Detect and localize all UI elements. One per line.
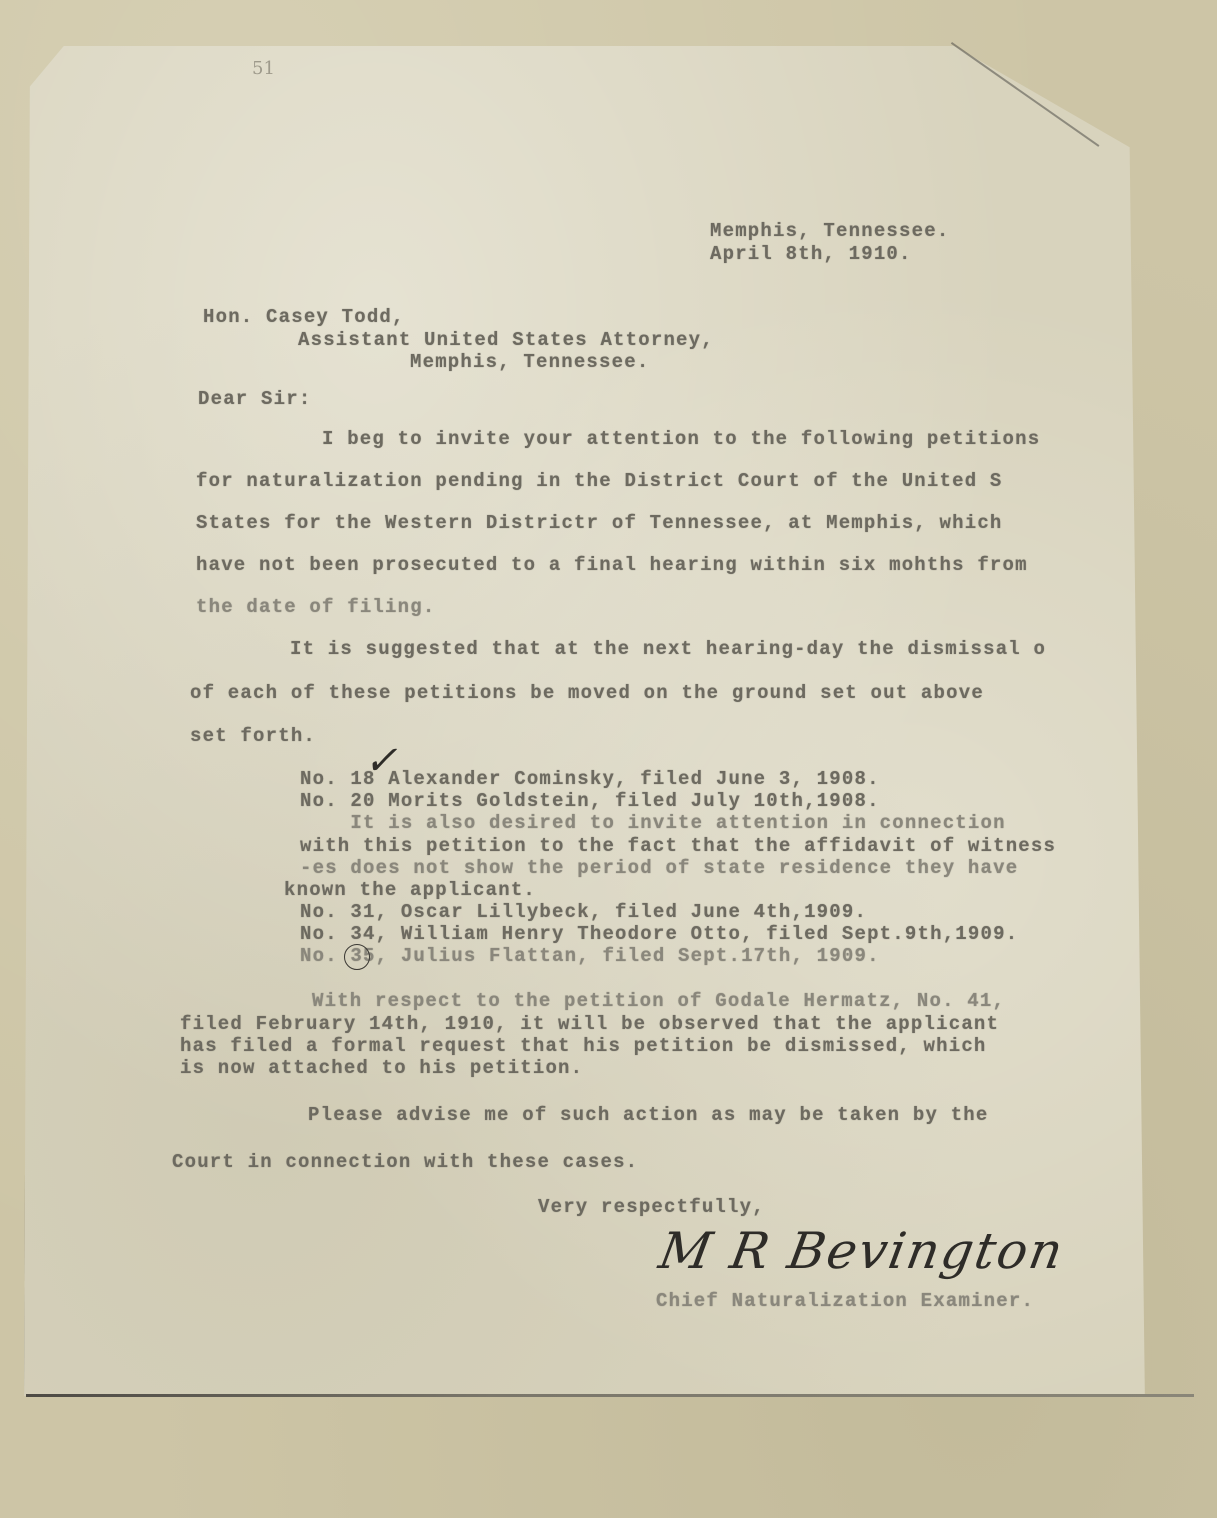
petition-item: No. 20 Morits Goldstein, filed July 10th…: [300, 792, 880, 811]
paragraph-4-line: Please advise me of such action as may b…: [308, 1106, 989, 1125]
paragraph-1-line: I beg to invite your attention to the fo…: [322, 430, 1040, 449]
petition-note-line: -es does not show the period of state re…: [300, 859, 1018, 878]
paragraph-2-line: It is suggested that at the next hearing…: [290, 640, 1046, 659]
paragraph-3-line: has filed a formal request that his peti…: [180, 1037, 987, 1056]
salutation: Dear Sir:: [198, 390, 311, 409]
recipient-city: Memphis, Tennessee.: [410, 353, 649, 372]
letter-place: Memphis, Tennessee.: [710, 222, 949, 241]
paragraph-1-line: for naturalization pending in the Distri…: [196, 472, 1003, 491]
paragraph-4-line: Court in connection with these cases.: [172, 1153, 638, 1172]
petition-item: No. 31, Oscar Lillybeck, filed June 4th,…: [300, 903, 867, 922]
petition-note-line: known the applicant.: [284, 881, 536, 900]
petition-item: No. 35, Julius Flattan, filed Sept.17th,…: [300, 947, 880, 966]
paragraph-3-line: is now attached to his petition.: [180, 1059, 583, 1078]
page-number-mark: 51: [252, 58, 275, 79]
petition-note-line: with this petition to the fact that the …: [300, 837, 1056, 856]
paragraph-3-line: filed February 14th, 1910, it will be ob…: [180, 1015, 999, 1034]
paragraph-2-line: of each of these petitions be moved on t…: [190, 684, 984, 703]
paragraph-3-line: With respect to the petition of Godale H…: [312, 992, 1005, 1011]
letter-date: April 8th, 1910.: [710, 245, 912, 264]
closing: Very respectfully,: [538, 1198, 765, 1217]
paragraph-1-line: States for the Western Districtr of Tenn…: [196, 514, 1003, 533]
petition-note-line: It is also desired to invite attention i…: [300, 814, 1006, 833]
paragraph-2-line: set forth.: [190, 727, 316, 746]
circled-number-annotation: [344, 944, 370, 970]
paragraph-1-line: the date of filing.: [196, 598, 435, 617]
letter-paper: [24, 46, 1194, 1396]
paper-bottom-edge: [26, 1394, 1194, 1397]
recipient-name: Hon. Casey Todd,: [203, 308, 405, 327]
checkmark-annotation: ✓: [364, 738, 398, 784]
paragraph-1-line: have not been prosecuted to a final hear…: [196, 556, 1028, 575]
signer-title: Chief Naturalization Examiner.: [656, 1292, 1034, 1311]
signature: M R Bevington: [655, 1222, 1069, 1280]
recipient-title: Assistant United States Attorney,: [298, 331, 714, 350]
petition-item: No. 34, William Henry Theodore Otto, fil…: [300, 925, 1018, 944]
